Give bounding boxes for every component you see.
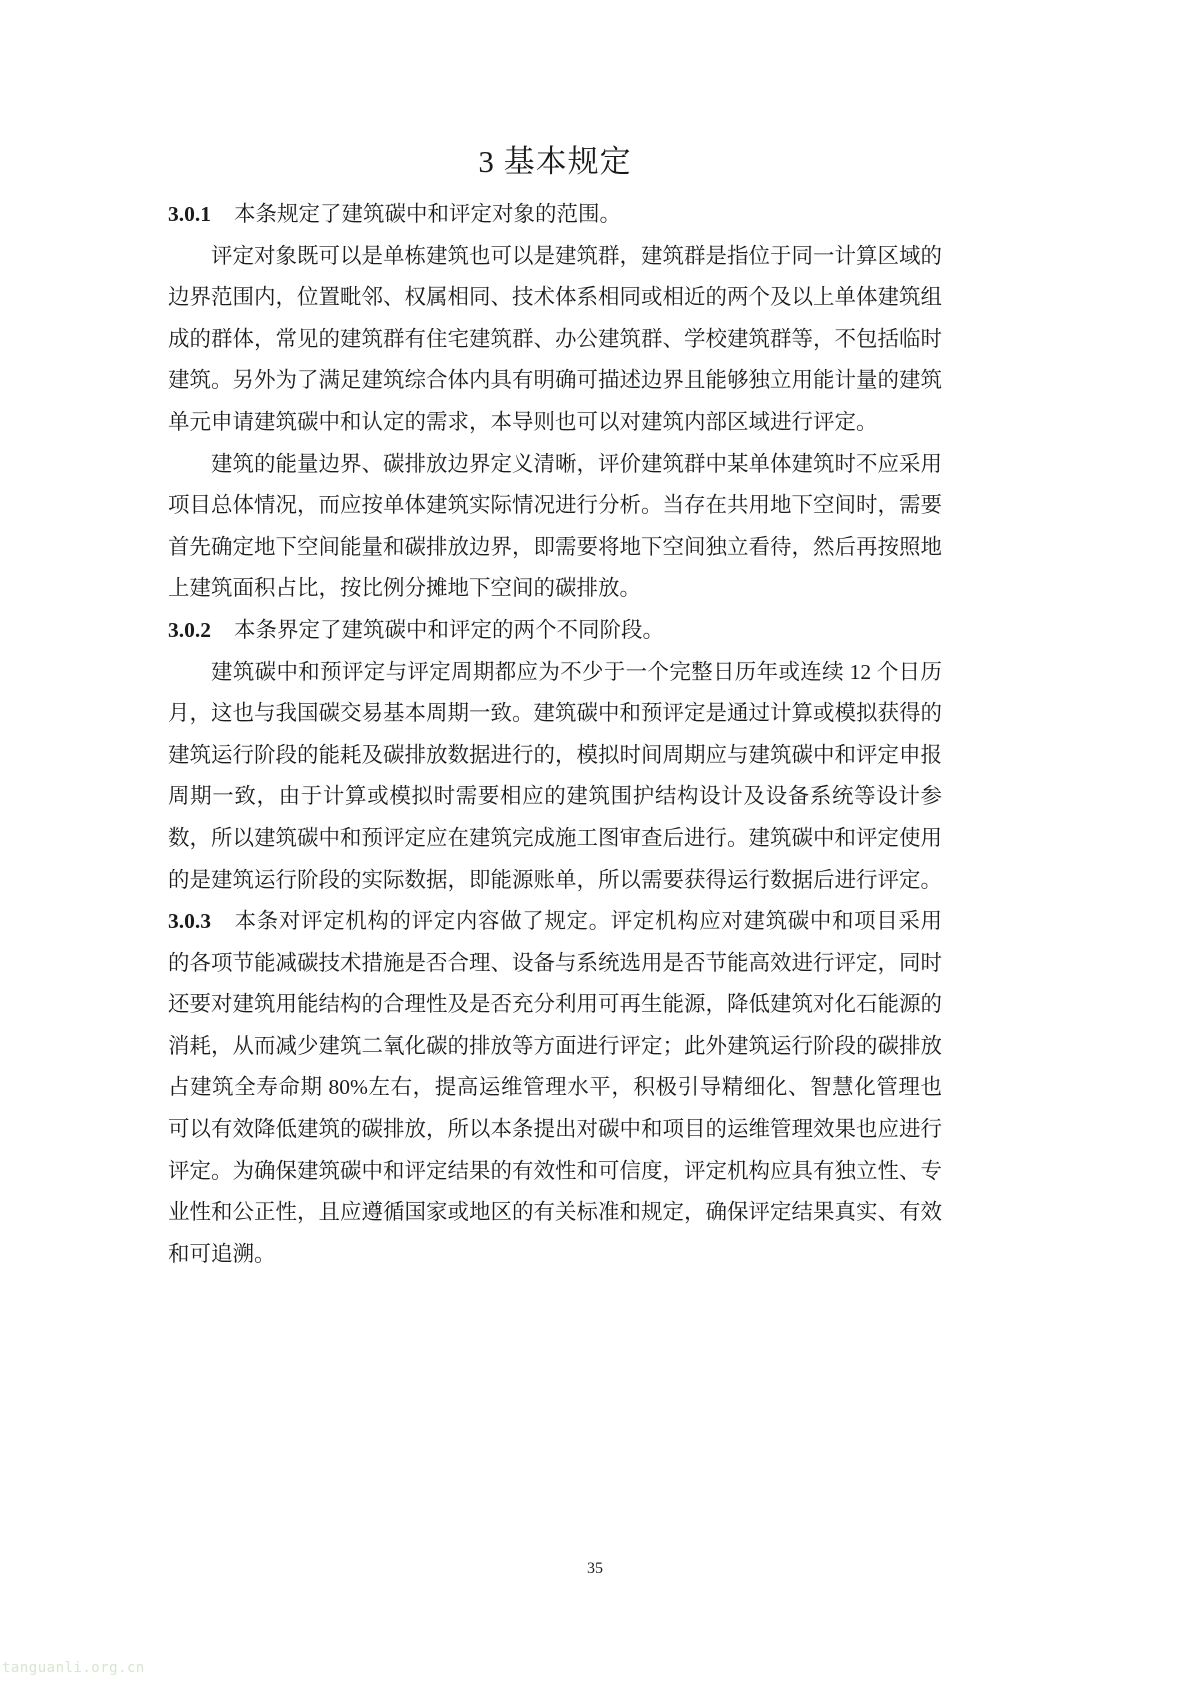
clause-number: 3.0.2 bbox=[168, 610, 234, 652]
watermark: tanguanli.org.cn bbox=[2, 1660, 145, 1676]
page-number: 35 bbox=[0, 1560, 1190, 1578]
clause-heading: 本条规定了建筑碳中和评定对象的范围。 bbox=[234, 202, 621, 226]
chapter-title: 3 基本规定 bbox=[168, 140, 942, 184]
clause-3-0-3: 3.0.3本条对评定机构的评定内容做了规定。评定机构应对建筑碳中和项目采用的各项… bbox=[168, 901, 942, 1275]
clause-heading: 本条界定了建筑碳中和评定的两个不同阶段。 bbox=[234, 618, 664, 642]
clause-heading: 本条对评定机构的评定内容做了规定。评定机构应对建筑碳中和项目采用的各项节能减碳技… bbox=[168, 909, 942, 1266]
clause-3-0-1: 3.0.1本条规定了建筑碳中和评定对象的范围。 bbox=[168, 194, 942, 236]
paragraph: 建筑碳中和预评定与评定周期都应为不少于一个完整日历年或连续 12 个日历月，这也… bbox=[168, 652, 942, 902]
clause-3-0-2: 3.0.2本条界定了建筑碳中和评定的两个不同阶段。 bbox=[168, 610, 942, 652]
paragraph: 建筑的能量边界、碳排放边界定义清晰，评价建筑群中某单体建筑时不应采用项目总体情况… bbox=[168, 444, 942, 610]
chapter-body: 3.0.1本条规定了建筑碳中和评定对象的范围。 评定对象既可以是单栋建筑也可以是… bbox=[168, 194, 942, 1275]
paragraph: 评定对象既可以是单栋建筑也可以是建筑群，建筑群是指位于同一计算区域的边界范围内，… bbox=[168, 236, 942, 444]
clause-number: 3.0.3 bbox=[168, 901, 234, 943]
clause-number: 3.0.1 bbox=[168, 194, 234, 236]
